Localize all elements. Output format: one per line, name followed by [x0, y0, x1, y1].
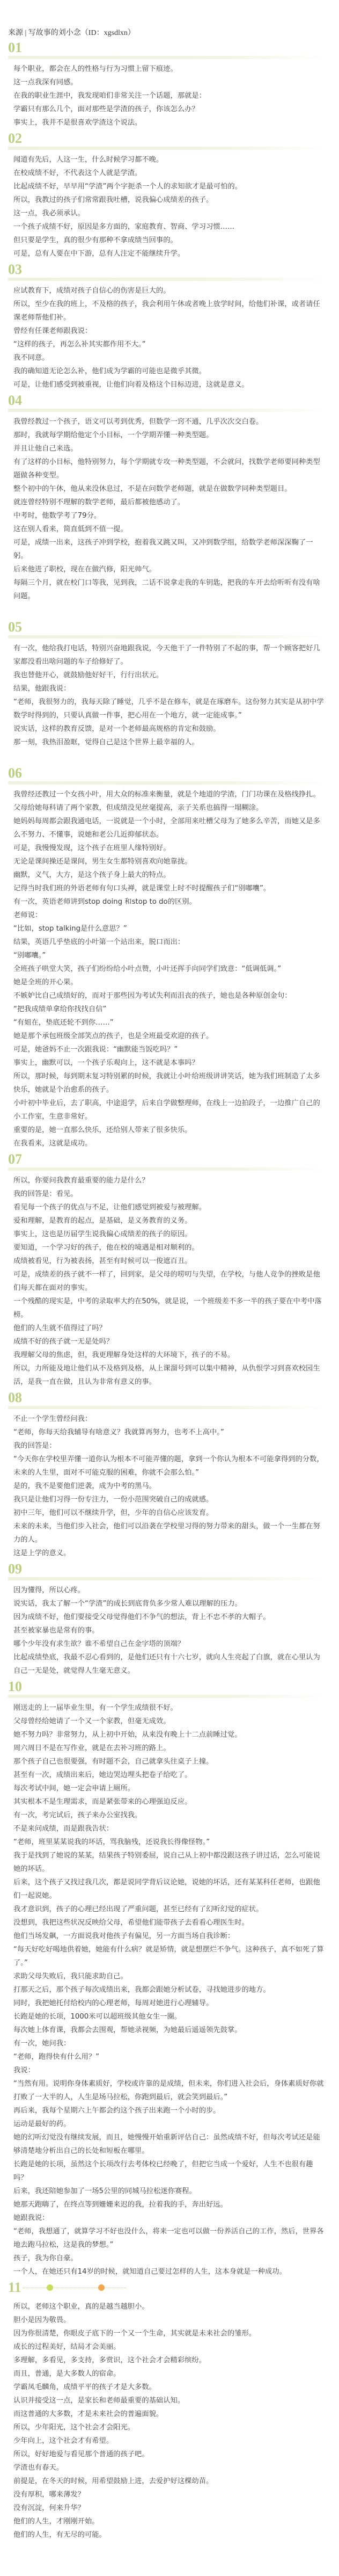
paragraph: 结果，他跟我说：: [13, 682, 325, 695]
paragraph: 小叶初中毕业后，去了职高，中途退学，后来自学做整理师，在线上一边拍段子，一边推广…: [13, 1097, 325, 1123]
paragraph: 运动是最好的药。: [13, 2117, 325, 2131]
article-section: 05有一次，他给我打电话，特别兴奋地跟我说，今天他干了一件特别了不起的事，帮一个…: [8, 619, 323, 749]
orange-dot-icon: [98, 2284, 105, 2291]
section-number: 02: [8, 130, 22, 147]
section-body: 因为懂得，所以心疼。说实话，我太了解一个“学渣”的成长到底背负多少常人难以理解的…: [8, 1581, 323, 1678]
paragraph: 没有沉淀，何来升华？: [13, 2501, 325, 2515]
paragraph: 不止一个学生曾经问我：: [13, 1412, 325, 1426]
article-section: 01每个职业，都会在人的性格与行为习惯上留下痕迹。这一点我深有同感。在我的职业生…: [8, 40, 323, 129]
paragraph: 后来他进了职校，现在在做汽修，阳光帅气。: [13, 563, 325, 576]
paragraph: 我曾经教过一个孩子，语文可以考到优秀，但数学一窍不通，几乎次次交白卷。: [13, 415, 325, 429]
paragraph: 所以，力所能及地让他们从不及格到及格，从上课溜号到可以集中精神，从仇恨学习到喜欢…: [13, 1362, 325, 1389]
paragraph: 这一点我深有同感。: [13, 76, 325, 89]
paragraph: 有一次，她问我：: [13, 2037, 325, 2050]
article-section: 08不止一个学生曾经问我：“老师，你每天给我辅导有啥意义？我就算再努力，也考不上…: [8, 1390, 323, 1560]
paragraph: 可是，我慢慢发现，这个孩子在班里人缘特别好。: [13, 841, 325, 855]
paragraph: 一个残酷的现实是，中考的录取率大约在50%，就是说，一个班级差不多一半的孩子要在…: [13, 1295, 325, 1322]
paragraph: 刚送走的上一届毕业生里，有一个学生成绩很不好。: [13, 1701, 325, 1715]
paragraph: 同时，我把她托付给校内的心理老师，每周对她进行心理辅导。: [13, 1997, 325, 2010]
paragraph: 求助父母失败后，我只能求助自己。: [13, 1970, 325, 1983]
section-number: 01: [8, 40, 22, 56]
section-divider-bar: [8, 1406, 325, 1409]
article-section: 06我曾经还教过一个女孩小叶，用大众的标准来衡量，就是个地道的学渣，门门功课在及…: [8, 765, 323, 1150]
paragraph: 少年向上，这个社会才有希望。: [13, 2434, 325, 2448]
paragraph: 可是，让他们感受到被重视，让他们向着及格这个目标迈进，这就是意义。: [13, 378, 325, 391]
paragraph: 一个孩子成绩不好，原因是多方面的，家庭教育、智商、学习习惯……: [13, 220, 325, 234]
paragraph: 所以，至少在我的班上，不及格的孩子，我会利用午休或者晚上放学时间，给他们补课，或…: [13, 297, 325, 324]
paragraph: 闻道有先后，人这一生，什么时候学习都不晚。: [13, 153, 325, 166]
section-divider-bar: [8, 635, 325, 638]
paragraph: 整个初中的午休，他从来没休息过，不是在问数学老师题，就是在做数学同种类型题目。: [13, 482, 325, 496]
section-number: 08: [8, 1390, 22, 1406]
paragraph: 其实根本不是生理需求，而是紧张带来的心理强迫反应。: [13, 1795, 325, 1809]
paragraph: 她跟我说：: [13, 2211, 325, 2225]
paragraph: 哪个少年没有求生欲？谁不希望自己在金字塔的顶端？: [13, 1637, 325, 1651]
section-header: 05: [8, 619, 323, 640]
paragraph: 他们的人生，有无尽的可能。: [13, 2528, 325, 2542]
green-dot-icon: [47, 2284, 53, 2291]
section-number: 09: [8, 1561, 22, 1577]
paragraph: 我于是找到了她说的某某，结果孩子特别委屈，说自己从上初中都没跟这孩子讲过话，怎么…: [13, 1849, 325, 1876]
paragraph: 应试教育下，成绩对孩子自信心的伤害是巨大的。: [13, 284, 325, 297]
paragraph: 每次考试中间，她一定会申请上厕所。: [13, 1782, 325, 1795]
paragraph: 我的确知道无论怎么补，他们成为学霸的可能也是微乎其微。: [13, 365, 325, 378]
paragraph: “比如，stop talking是什么意思？”: [13, 922, 325, 935]
paragraph: 那个孩子自己也很要强，有时题不会，自己就拿头往桌子上撞。: [13, 1755, 325, 1768]
paragraph: 未来的未来，当他们步入社会，他们可以沿袭在学校里习得的努力带来的甜头，做一个一生…: [13, 1520, 325, 1547]
paragraph: 曾经有任课老师跟我说：: [13, 324, 325, 338]
paragraph: 每隔三个月，就在校门口等我，见到我，二话不说拿走我的车钥匙，把我的车开去给听听有…: [13, 576, 325, 603]
section-body: 我曾经教过一个孩子，语文可以考到优秀，但数学一窍不通，几乎次次交白卷。那时，我就…: [8, 413, 323, 603]
paragraph: “这样的孩子，再怎么补其实都作用不大。”: [13, 338, 325, 351]
paragraph: 周六周日不是在写作业，就是在去补习班的路上。: [13, 1741, 325, 1755]
paragraph: 有一次，英语老师讲到stop doing 和stop to do的区别。: [13, 895, 325, 909]
paragraph: 这一点，我必须承认。: [13, 207, 325, 220]
paragraph: 我才意识到，孩子的心理已经出现了严重问题，甚至已经有了幻听幻觉的症状。: [13, 1903, 325, 1916]
section-divider-bar: [8, 1167, 325, 1171]
paragraph: 成长的过程美好，结局才会美丽。: [13, 2340, 325, 2354]
article-section: 02闻道有先后，人这一生，什么时候学习都不晚。在校成绩不好，不代表这个人就是学渣…: [8, 130, 323, 260]
paragraph: 但只要是学生，真的很少有那种不拿成绩当回事的。: [13, 234, 325, 247]
article: 来源 | 写故事的刘小念（ID：xgsdlxn） 01每个职业，都会在人的性格与…: [0, 0, 339, 2563]
paragraph: 可是，总有人要在中下游，总有人注定不能继续升学。: [13, 247, 325, 260]
section-body: 我曾经还教过一个女孩小叶，用大众的标准来衡量，就是个地道的学渣，门门功课在及格线…: [8, 786, 323, 1150]
paragraph: 初中三年，他们可以不继续升学，但，少年的自信心应该发育。: [13, 1506, 325, 1520]
paragraph: 所以，你要问我教育最重要的能力是什么？: [13, 1174, 325, 1187]
section-divider-bar: [8, 56, 325, 59]
paragraph: 有一次，考完试后，孩子来办公室找我。: [13, 1809, 325, 1822]
paragraph: “有姐在，垫底还轮不到你……”: [13, 1016, 325, 1029]
paragraph: “老师，你每天给我辅导有啥意义？我就算再努力，也考不上高中。”: [13, 1426, 325, 1439]
paragraph: 全班孩子哄堂大笑，孩子们纷纷给小叶点赞，小叶还挥手向同学们致意：“低调低调。”: [13, 962, 325, 976]
paragraph: “当然有用。说明你身体素质好，学校或许靠的是成绩，但未来，你们进入社会后，身体素…: [13, 2077, 325, 2104]
paragraph: 事实上，我并不是很喜欢学渣这个说法。: [13, 116, 325, 129]
section-number: 05: [8, 619, 22, 635]
section-header: 08: [8, 1390, 323, 1410]
paragraph: 认识并接受这一点，是家长和老师最重要的基础认知。: [13, 2394, 325, 2407]
section-divider-bar: [8, 278, 325, 281]
paragraph: 比起成绩不好，早早用“学渣”两个字扼杀一个人的求知欲才是最可怕的。: [13, 180, 325, 193]
section-number: 10: [8, 1679, 22, 1695]
article-section: 04我曾经教过一个孩子，语文可以考到优秀，但数学一窍不通，几乎次次交白卷。那时，…: [8, 393, 323, 603]
paragraph: 所以，好好地爱与看见那个普通的孩子吧。: [13, 2448, 325, 2461]
paragraph: 没想到，我把这些状况反映给父母，希望他们能带孩子去看看心理医生时。: [13, 1916, 325, 1929]
paragraph: 每次她上体育课，我都会去围观，帮她录视频，为她最后遥遥领先鼓掌。: [13, 2023, 325, 2037]
paragraph: 学渣也有春天。: [13, 2461, 325, 2475]
section-number: 04: [8, 393, 22, 409]
paragraph: “把我成绩单拿给你找找自信”: [13, 1003, 325, 1016]
paragraph: 就连曾经特别不理解的数学老师，最后都被他感动了。: [13, 496, 325, 509]
paragraph: 父母给她每科请了两个家教，但成绩没见丝毫提高，亲子关系也搞得一塌糊涂。: [13, 801, 325, 815]
paragraph: 所以，老师这个职业，真的是越当越胆小。: [13, 2300, 325, 2313]
paragraph: 不是来问成绩，而是跟我告状：: [13, 1822, 325, 1835]
section-divider-bar: [8, 1695, 325, 1698]
section-header: 01: [8, 40, 323, 60]
paragraph: 无论是课间操还是课间，男生女生都特别喜欢向她靠拢。: [13, 855, 325, 868]
paragraph: 成绩被看见，行为被表扬，甚至有时候可以一俊遮百丑。: [13, 1254, 325, 1268]
section-header: 06: [8, 765, 323, 786]
section-number: 06: [8, 765, 22, 781]
section-header: 11: [8, 2280, 323, 2298]
article-section: 07所以，你要问我教育最重要的能力是什么？我的回答是：看见。看见每一个孩子的优点…: [8, 1151, 323, 1389]
section-number: 11: [8, 2280, 21, 2296]
section-header: 03: [8, 262, 323, 282]
paragraph: “老师，班里某某说我的坏话，骂我脑残，还说我长得像怪物。”: [13, 1835, 325, 1849]
paragraph: “老师，我想通了，就算学习不好也没什么，将来一定也可以做一份养活自己的工作，然后…: [13, 2225, 325, 2252]
paragraph: 甚至有一次，成绩出来后，她边哭边埋头把卷子给吃了。: [13, 1768, 325, 1782]
paragraph: 我不同意。: [13, 351, 325, 365]
paragraph: “老师，跑得快有什么用？”: [13, 2050, 325, 2064]
paragraph: 她是那个承包班级全部笑点的孩子，也是全班最受欢迎的孩子。: [13, 1029, 325, 1043]
paragraph: 重要的是，她一直那么快乐，还给别人带来了很多快乐。: [13, 1123, 325, 1137]
paragraph: 并且让他自己来选。: [13, 442, 325, 455]
paragraph: 前提是，在冬天的时候，用希望鼓励上进，去爱护好这棵幼苗。: [13, 2475, 325, 2488]
paragraph: 所以，我教过的孩子们常常跟我吐槽，说我偏心成绩差的孩子。: [13, 193, 325, 207]
paragraph: 一个人，在她还只有14岁的时候，就知道自己要过怎样的人生，这本身就是一种成功。: [13, 2265, 325, 2279]
paragraph: 学霸只有那么几个，面对那些是学渣的孩子，你该怎么办？: [13, 103, 325, 116]
paragraph: 她妈妈每周都会跟我通电话，一说就是一个小时，全部用来吐槽父母为了她多么辛苦，而她…: [13, 815, 325, 841]
section-header: 07: [8, 1151, 323, 1172]
paragraph: 那时，我就每学期给他定个小目标，一个学期弄懂一种类型题。: [13, 429, 325, 442]
paragraph: 我只是让他们习得一份专注力，一份小范围突破自己的成就感。: [13, 1493, 325, 1506]
paragraph: 甚至被家暴也是常有的事。: [13, 1624, 325, 1637]
section-body: 刚送走的上一届毕业生里，有一个学生成绩很不好。父母曾经给她请了一个又一个家教，但…: [8, 1699, 323, 2279]
paragraph: 在我的职业生涯中，我发现咱们非常关注一个话题，那就是：: [13, 89, 325, 103]
section-body: 有一次，他给我打电话，特别兴奋地跟我说，今天他干了一件特别了不起的事，帮一个顾客…: [8, 640, 323, 749]
article-section: 10刚送走的上一届毕业生里，有一个学生成绩很不好。父母曾经给她请了一个又一个家教…: [8, 1679, 323, 2279]
paragraph: 可是，她爸妈不止一次跟我说：“幽默能当饭吃吗？”: [13, 1043, 325, 1056]
paragraph: 因为懂得，所以心疼。: [13, 1584, 325, 1597]
paragraph: 这在别人看来，简直低到不值一提。: [13, 523, 325, 536]
paragraph: 幽默，义气，大方，是这个孩子身上最大的特点。: [13, 868, 325, 882]
paragraph: 我曾经还教过一个女孩小叶，用大众的标准来衡量，就是个地道的学渣，门门功课在及格线…: [13, 788, 325, 801]
paragraph: 要知道，一个学习好的孩子，他在校的境遇是相对顺利的。: [13, 1241, 325, 1254]
article-section: 09因为懂得，所以心疼。说实话，我太了解一个“学渣”的成长到底背负多少常人难以理…: [8, 1561, 323, 1678]
paragraph: 比起成绩垫底，我最不忍心看到的，是他们还只有十六七岁，就向人生亮起了白旗，就在心…: [13, 1651, 325, 1678]
paragraph: 在校成绩不好，不代表这个人就是学渣。: [13, 166, 325, 180]
paragraph: “老师，我很努力的，我每天除了睡觉，几乎不是在修车，就是在琢磨车。这份努力其实是…: [13, 695, 325, 722]
paragraph: 事实上，幽默可以，一个孩子乐观向上，这不就是本事吗？: [13, 1056, 325, 1070]
paragraph: 胆小是因为敬畏。: [13, 2313, 325, 2327]
paragraph: 而这普通的大多数，才是未来社会的普遍面貌。: [13, 2407, 325, 2421]
article-sections: 01每个职业，都会在人的性格与行为习惯上留下痕迹。这一点我深有同感。在我的职业生…: [8, 40, 323, 2542]
paragraph: 因为成绩不好，他们要接受父母觉得他们不争气的想法，背上不忠不孝的大帽子。: [13, 1610, 325, 1624]
section-number: 07: [8, 1151, 22, 1167]
paragraph: 中考时，他数学考了79分。: [13, 509, 325, 523]
paragraph: 孩子，我为你自豪。: [13, 2252, 325, 2265]
section-divider-bar: [8, 409, 325, 412]
paragraph: 成绩不好的孩子就一无是处吗？: [13, 1335, 325, 1348]
paragraph: 老师说：: [13, 909, 325, 922]
paragraph: 是的，我不是要他们逆袭，成为中考的黑马。: [13, 1479, 325, 1493]
paragraph: 我的回答是：看见。: [13, 1187, 325, 1201]
paragraph: 她不努力吗？非常努力，从上初中开始，从来没有晚上十二点前睡过觉。: [13, 1728, 325, 1741]
section-divider-bar: [8, 781, 325, 785]
paragraph: “每天好吃好喝地供着她，她能有什么病？就是矫情，就是想摆烂不争气。这种孩子，真不…: [13, 1943, 325, 1970]
paragraph: 结果，英语几乎垫底的小叶第一个站出来，脱口而出：: [13, 935, 325, 949]
paragraph: 他们的人生，才刚刚开始。: [13, 2515, 325, 2528]
paragraph: 我的回答是：: [13, 1439, 325, 1453]
paragraph: 长跑是她的长项，1000米可以超班级其他女生一圈。: [13, 2010, 325, 2023]
paragraph: 不嫉妒比自己成绩好的，而对于那些因为考试失利而沮丧的孩子，她也是各种原创金句：: [13, 989, 325, 1003]
section-header: 02: [8, 130, 323, 151]
paragraph: 没有厚积，哪来薄发？: [13, 2488, 325, 2501]
paragraph: 那一刻，我热泪盈眶，觉得自己是这个世界上最幸福的人。: [13, 736, 325, 749]
paragraph: 她那天跑嗨了，在终点等到姗姗来迟的我，拉着我的手，奔出好远。: [13, 2198, 325, 2211]
paragraph: 这是上学的意义。: [13, 1547, 325, 1560]
paragraph: 她的幻听幻觉没有继续发展，而且，她慢慢开始重新评估自己：虽然成绩不好，但每次考试…: [13, 2131, 325, 2158]
section-header: 09: [8, 1561, 323, 1581]
paragraph: 我也替他开心，就鼓励他好好干，行行出状元。: [13, 669, 325, 682]
dotted-divider: [23, 2288, 126, 2288]
section-body: 所以，你要问我教育最重要的能力是什么？我的回答是：看见。看见每一个孩子的优点与不…: [8, 1172, 323, 1389]
paragraph: 后来，这个孩子又找过我几次，都是说同学背后议论她，说她的坏话，还有某某科任老师，…: [13, 1876, 325, 1903]
article-section: 11所以，老师这个职业，真的是越当越胆小。胆小是因为敬畏。因为你很清楚，你眼皮子…: [8, 2280, 323, 2542]
paragraph: 我说：: [13, 2064, 325, 2077]
section-number: 03: [8, 262, 22, 278]
paragraph: 可是，成绩差的孩子就不一样了，回到家，是父母的唠叨与失望，在学校，与他人竞争的挫…: [13, 1268, 325, 1295]
section-header: 04: [8, 393, 323, 413]
section-body: 所以，老师这个职业，真的是越当越胆小。胆小是因为敬畏。因为你很清楚，你眼皮子底下…: [8, 2298, 323, 2542]
paragraph: 所以，少年阳光，这个社会才会阳光。: [13, 2421, 325, 2434]
section-body: 闻道有先后，人这一生，什么时候学习都不晚。在校成绩不好，不代表这个人就是学渣。比…: [8, 151, 323, 260]
paragraph: “别嘟囔。”: [13, 949, 325, 962]
paragraph: “今天你在学校里弄懂一道你认为根本不可能弄懂的题，拿到一个你认为根本不可能拿得到…: [13, 1453, 325, 1479]
article-section: 03应试教育下，成绩对孩子自信心的伤害是巨大的。所以，至少在我的班上，不及格的孩…: [8, 262, 323, 391]
paragraph: 打那天之后，那个孩子每次成绩出来，我都会跟她分析试卷，寻找她进步的地方。: [13, 1983, 325, 1997]
paragraph: 他们的人生就不值得过了吗？: [13, 1322, 325, 1335]
paragraph: 后来，我还陪她参加了一场5公里的同城马拉松迷你赛程。: [13, 2185, 325, 2198]
article-source: 来源 | 写故事的刘小念（ID：xgsdlxn）: [8, 28, 323, 39]
paragraph: 每个职业，都会在人的性格与行为习惯上留下痕迹。: [13, 62, 325, 76]
paragraph: 事实上，这也是历届学生说我偏心成绩差的孩子的原因。: [13, 1228, 325, 1241]
section-body: 应试教育下，成绩对孩子自信心的伤害是巨大的。所以，至少在我的班上，不及格的孩子，…: [8, 282, 323, 391]
paragraph: 所以，那时候，每到期末复习特别累的时候，我就让小叶给班级讲讲笑话，她为我们班制造…: [13, 1070, 325, 1097]
paragraph: 有一次，他给我打电话，特别兴奋地跟我说，今天他干了一件特别了不起的事，帮一个顾客…: [13, 642, 325, 669]
paragraph: 我理解父母的焦虑，但，我更理解身处这样的大环境下，孩子的不易。: [13, 1348, 325, 1362]
paragraph: 长跑是她的长项，虽然这个长项改行去考体校已经晚了，但把它当成一个爱好，人生不也很…: [13, 2158, 325, 2185]
section-divider-bar: [8, 147, 325, 150]
paragraph: 父母曾经给她请了一个又一个家教，但毫无成效。: [13, 1715, 325, 1728]
section-header: 10: [8, 1679, 323, 1699]
paragraph: 在我看来，这就是成功。: [13, 1137, 325, 1150]
paragraph: 爱和理解，是教育的起点，是基础，是义务教育的义务。: [13, 1214, 325, 1228]
paragraph: 他们当场发飙，一方面说我对他孩子有偏见，另一方面当场自我诊断：: [13, 1929, 325, 1943]
paragraph: 因为你很清楚，你眼皮子底下的一个又一个生命，其实就是未来社会的雏形。: [13, 2327, 325, 2340]
paragraph: 说实话，这样的教育反馈，是对一个老师最高规格的肯定和鼓励。: [13, 722, 325, 736]
section-divider-bar: [8, 1577, 325, 1580]
paragraph: 有了这样的小目标，他特别努力，每个学期就专攻一种类型题，不会就问，找数学老师要同…: [13, 455, 325, 482]
paragraph: 看见每一个孩子的优点与不足，让他们感觉到被爱与被理解。: [13, 1201, 325, 1214]
paragraph: 而且，普通，是大多数人的宿命。: [13, 2367, 325, 2381]
section-body: 不止一个学生曾经问我：“老师，你每天给我辅导有啥意义？我就算再努力，也考不上高中…: [8, 1410, 323, 1560]
paragraph: 说实话，我太了解一个“学渣”的成长到底背负多少常人难以理解的压力。: [13, 1597, 325, 1610]
paragraph: 记得当时我们班的外语老师有句口头禅，就是课堂上时不时提醒孩子们“别嘟囔”。: [13, 882, 325, 895]
paragraph: 再后来，我每个星期六上午都会约这个孩子出来跑一个小时的步。: [13, 2104, 325, 2117]
paragraph: 多理解，多看见，多支持，多赏识，这个社会才会精彩缤纷。: [13, 2354, 325, 2367]
section-body: 每个职业，都会在人的性格与行为习惯上留下痕迹。这一点我深有同感。在我的职业生涯中…: [8, 60, 323, 129]
paragraph: 可是，成绩一出来，这孩子冲到学校，抱着我又跳又叫，又冲到数学组，给数学老师深深鞠…: [13, 536, 325, 563]
paragraph: 她是全班的开心果。: [13, 976, 325, 989]
paragraph: 学霸凤毛麟角，成绩平平的孩子才是大多数。: [13, 2381, 325, 2394]
